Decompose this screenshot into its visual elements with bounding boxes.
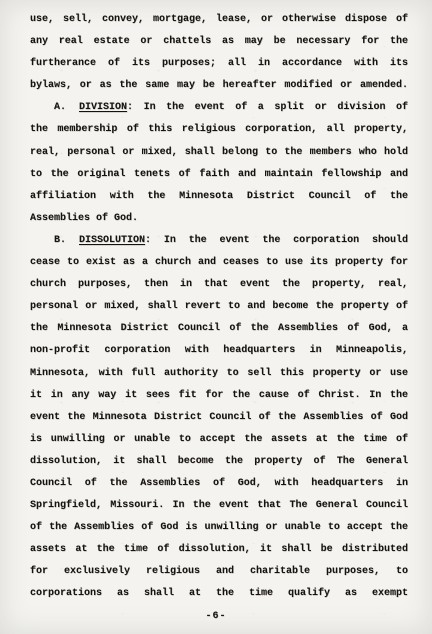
section-heading-line: A.DIVISION: In the event of a split or d…: [30, 97, 408, 119]
text-line-content: Council of the Assemblies of God, with h…: [30, 478, 408, 489]
text-line: Springfield, Missouri. In the event that…: [30, 495, 408, 517]
text-line-content: event the Minnesota District Council of …: [30, 412, 408, 423]
text-line: bylaws, or as the same may be hereafter …: [30, 75, 408, 97]
text-line-content: cease to exist as a church and ceases to…: [30, 257, 408, 268]
document-text-block: use, sell, convey, mortgage, lease, or o…: [30, 9, 408, 606]
text-line-content: Assemblies of God.: [30, 213, 138, 224]
page-number: -6-: [0, 606, 432, 628]
text-line: Assemblies of God.: [30, 208, 408, 230]
text-line-content: dissolution, it shall become the propert…: [30, 456, 408, 467]
text-line-content: Minnesota, with full authority to sell t…: [30, 368, 408, 379]
text-line: Minnesota, with full authority to sell t…: [30, 363, 408, 385]
text-line: it in any way it sees fit for the cause …: [30, 385, 408, 407]
scanned-document-page: use, sell, convey, mortgage, lease, or o…: [0, 0, 432, 634]
text-line-content: affiliation with the Minnesota District …: [30, 191, 408, 202]
text-line-content: real, personal or mixed, shall belong to…: [30, 147, 408, 158]
section-title: DIVISION: [79, 102, 127, 113]
text-line-content: is unwilling or unable to accept the ass…: [30, 434, 408, 445]
text-line: non-profit corporation with headquarters…: [30, 340, 408, 362]
text-line: to the original tenets of faith and main…: [30, 164, 408, 186]
text-line-content: to the original tenets of faith and main…: [30, 169, 408, 180]
text-line-content: furtherance of its purposes; all in acco…: [30, 58, 408, 69]
text-line-content: personal or mixed, shall revert to and b…: [30, 301, 408, 312]
text-line-content: the Minnesota District Council of the As…: [30, 323, 408, 334]
text-line: church purposes, then in that event the …: [30, 274, 408, 296]
text-line: furtherance of its purposes; all in acco…: [30, 53, 408, 75]
text-line: is unwilling or unable to accept the ass…: [30, 429, 408, 451]
text-line: personal or mixed, shall revert to and b…: [30, 296, 408, 318]
text-line-content: it in any way it sees fit for the cause …: [30, 390, 408, 401]
text-line: corporations as shall at the time qualif…: [30, 583, 408, 605]
section-title: DISSOLUTION: [79, 235, 145, 246]
section-letter: B.: [54, 235, 66, 246]
text-line: cease to exist as a church and ceases to…: [30, 252, 408, 274]
section-letter: A.: [54, 102, 66, 113]
text-line-content: assets at the time of dissolution, it sh…: [30, 544, 408, 555]
text-line: assets at the time of dissolution, it sh…: [30, 539, 408, 561]
text-line: use, sell, convey, mortgage, lease, or o…: [30, 9, 408, 31]
text-line: the membership of this religious corpora…: [30, 119, 408, 141]
text-line-content: corporations as shall at the time qualif…: [30, 588, 408, 599]
text-line: any real estate or chattels as may be ne…: [30, 31, 408, 53]
text-line-content: of the Assemblies of God is unwilling or…: [30, 522, 408, 533]
text-line: dissolution, it shall become the propert…: [30, 451, 408, 473]
text-line: real, personal or mixed, shall belong to…: [30, 142, 408, 164]
text-line: the Minnesota District Council of the As…: [30, 318, 408, 340]
text-line-content: bylaws, or as the same may be hereafter …: [30, 80, 408, 91]
section-heading-text: : In the event the corporation should: [145, 235, 408, 246]
text-line: affiliation with the Minnesota District …: [30, 186, 408, 208]
text-line-content: Springfield, Missouri. In the event that…: [30, 500, 408, 511]
text-line-content: use, sell, convey, mortgage, lease, or o…: [30, 14, 408, 25]
text-line: for exclusively religious and charitable…: [30, 561, 408, 583]
section-heading-text: : In the event of a split or division of: [127, 102, 408, 113]
section-heading-line: B.DISSOLUTION: In the event the corporat…: [30, 230, 408, 252]
text-line-content: church purposes, then in that event the …: [30, 279, 408, 290]
text-line-content: any real estate or chattels as may be ne…: [30, 36, 408, 47]
text-line: Council of the Assemblies of God, with h…: [30, 473, 408, 495]
text-line: of the Assemblies of God is unwilling or…: [30, 517, 408, 539]
text-line-content: for exclusively religious and charitable…: [30, 566, 408, 577]
text-line-content: the membership of this religious corpora…: [30, 124, 408, 135]
text-line-content: non-profit corporation with headquarters…: [30, 345, 408, 356]
text-line: event the Minnesota District Council of …: [30, 407, 408, 429]
